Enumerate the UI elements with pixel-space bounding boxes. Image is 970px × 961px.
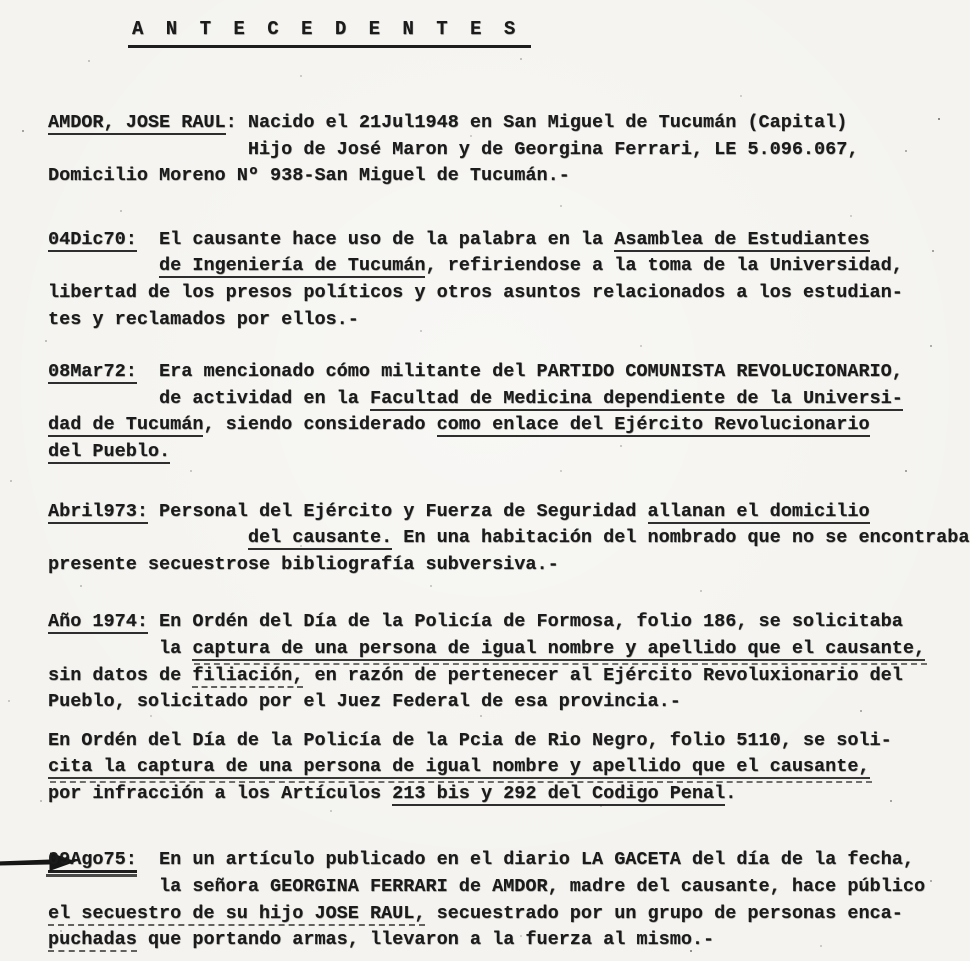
text-line: Año 1974: En Ordén del Día de la Policía… [48,609,960,636]
document-header: A N T E C E D E N T E S [0,0,970,48]
underlined-text: cita la captura de una persona de igual … [48,756,870,779]
text-line: sin datos de filiación, en razón de pert… [48,663,960,690]
text-line: dad de Tucumán, siendo considerado como … [48,412,960,439]
text-segment: Hijo de José Maron y de Georgina Ferrari… [48,139,858,160]
underlined-text: el secuestro de su hijo JOSE RAUL, [48,903,425,926]
underlined-text: 08Mar72: [48,361,137,384]
text-line: Domicilio Moreno Nº 938-San Miguel de Tu… [48,163,960,190]
text-segment: sin datos de [48,665,192,686]
text-segment: Personal del Ejército y Fuerza de Seguri… [148,501,648,522]
text-line: puchadas que portando armas, llevaron a … [48,927,960,954]
document-title: A N T E C E D E N T E S [128,18,531,48]
document-page: A N T E C E D E N T E S AMDOR, JOSE RAUL… [0,0,970,961]
text-segment: : Nacido el 21Jul1948 en San Miguel de T… [226,112,848,133]
underlined-text: Facultad de Medicina dependiente de la U… [370,388,903,411]
text-line: AMDOR, JOSE RAUL: Nacido el 21Jul1948 en… [48,110,960,137]
text-line: 08Mar72: Era mencionado cómo militante d… [48,359,960,386]
text-line: del causante. En una habitación del nomb… [48,525,960,552]
text-segment: , refiriendose a la toma de la Universid… [425,255,902,276]
entry-ano-1974: Año 1974: En Ordén del Día de la Policía… [48,609,960,715]
text-segment: la [48,638,192,659]
text-line: por infracción a los Artículos 213 bis y… [48,781,960,808]
text-line: el secuestro de su hijo JOSE RAUL, secue… [48,901,960,928]
entry-abril-1973: Abril973: Personal del Ejército y Fuerza… [48,499,960,579]
text-segment: En Ordén del Día de la Policía de Formos… [148,611,903,632]
text-segment: Pueblo, solicitado por el Juez Federal d… [48,691,681,712]
entry-08mar72: 08Mar72: Era mencionado cómo militante d… [48,359,960,465]
underlined-text: AMDOR, JOSE RAUL [48,112,226,135]
text-segment [48,527,248,548]
underlined-text: Abril973: [48,501,148,524]
entry-rio-negro: En Ordén del Día de la Policía de la Pci… [48,728,960,808]
underlined-text: Asamblea de Estudiantes [614,229,869,252]
text-segment: en razón de pertenecer al Ejército Revol… [303,665,903,686]
underlined-text: como enlace del Ejército Revolucionario [437,414,870,437]
text-segment: libertad de los presos políticos y otros… [48,282,903,303]
underlined-text: 09Ago75: [48,849,137,873]
text-segment: presente secuestrose bibliografía subver… [48,554,559,575]
text-line: tes y reclamados por ellos.- [48,307,960,334]
text-line: En Ordén del Día de la Policía de la Pci… [48,728,960,755]
text-segment: tes y reclamados por ellos.- [48,309,359,330]
underlined-text: puchadas [48,929,137,952]
text-line: Hijo de José Maron y de Georgina Ferrari… [48,137,960,164]
entry-amdor-jose-raul: AMDOR, JOSE RAUL: Nacido el 21Jul1948 en… [48,110,960,190]
text-segment: Domicilio Moreno Nº 938-San Miguel de Tu… [48,165,570,186]
text-line: cita la captura de una persona de igual … [48,754,960,781]
text-segment: El causante hace uso de la palabra en la [137,229,614,250]
underlined-text: 04Dic70: [48,229,137,252]
text-segment: secuestrado por un grupo de personas enc… [425,903,902,924]
text-line: la señora GEORGINA FERRARI de AMDOR, mad… [48,874,960,901]
underlined-text: de Ingeniería de Tucumán [159,255,425,278]
text-line: presente secuestrose bibliografía subver… [48,552,960,579]
text-segment: que portando armas, llevaron a la fuerza… [137,929,714,950]
text-line: la captura de una persona de igual nombr… [48,636,960,663]
underlined-text: Año 1974: [48,611,148,634]
underlined-text: dad de Tucumán [48,414,203,437]
text-segment: En Ordén del Día de la Policía de la Pci… [48,730,892,751]
text-line: 09Ago75: En un artículo publicado en el … [48,847,960,874]
underlined-text: allanan el domicilio [648,501,870,524]
text-segment: En un artículo publicado en el diario LA… [137,849,914,870]
text-line: Abril973: Personal del Ejército y Fuerza… [48,499,960,526]
text-segment: de actividad en la [159,388,370,409]
text-line: del Pueblo. [48,439,960,466]
entry-09ago75: 09Ago75: En un artículo publicado en el … [48,847,960,953]
text-segment: . [725,783,736,804]
text-segment: , siendo considerado [203,414,436,435]
underlined-text: captura de una persona de igual nombre y… [192,638,925,661]
document-body: AMDOR, JOSE RAUL: Nacido el 21Jul1948 en… [0,110,970,954]
text-line: libertad de los presos políticos y otros… [48,280,960,307]
text-line: Pueblo, solicitado por el Juez Federal d… [48,689,960,716]
text-segment: En una habitación del nombrado que no se… [392,527,969,548]
entry-04dic70: 04Dic70: El causante hace uso de la pala… [48,227,960,333]
underlined-text: del Pueblo. [48,441,170,464]
text-segment: Era mencionado cómo militante del PARTID… [137,361,903,382]
text-segment: por infracción a los Artículos [48,783,392,804]
text-line: 04Dic70: El causante hace uso de la pala… [48,227,960,254]
underlined-text: filiación, [192,665,303,688]
underlined-text: 213 bis y 292 del Codigo Penal [392,783,725,806]
text-segment [48,388,159,409]
text-line: de Ingeniería de Tucumán, refiriendose a… [48,253,960,280]
underlined-text: del causante. [248,527,392,550]
text-segment: la señora GEORGINA FERRARI de AMDOR, mad… [48,876,925,897]
text-segment [48,255,159,276]
text-line: de actividad en la Facultad de Medicina … [48,386,960,413]
